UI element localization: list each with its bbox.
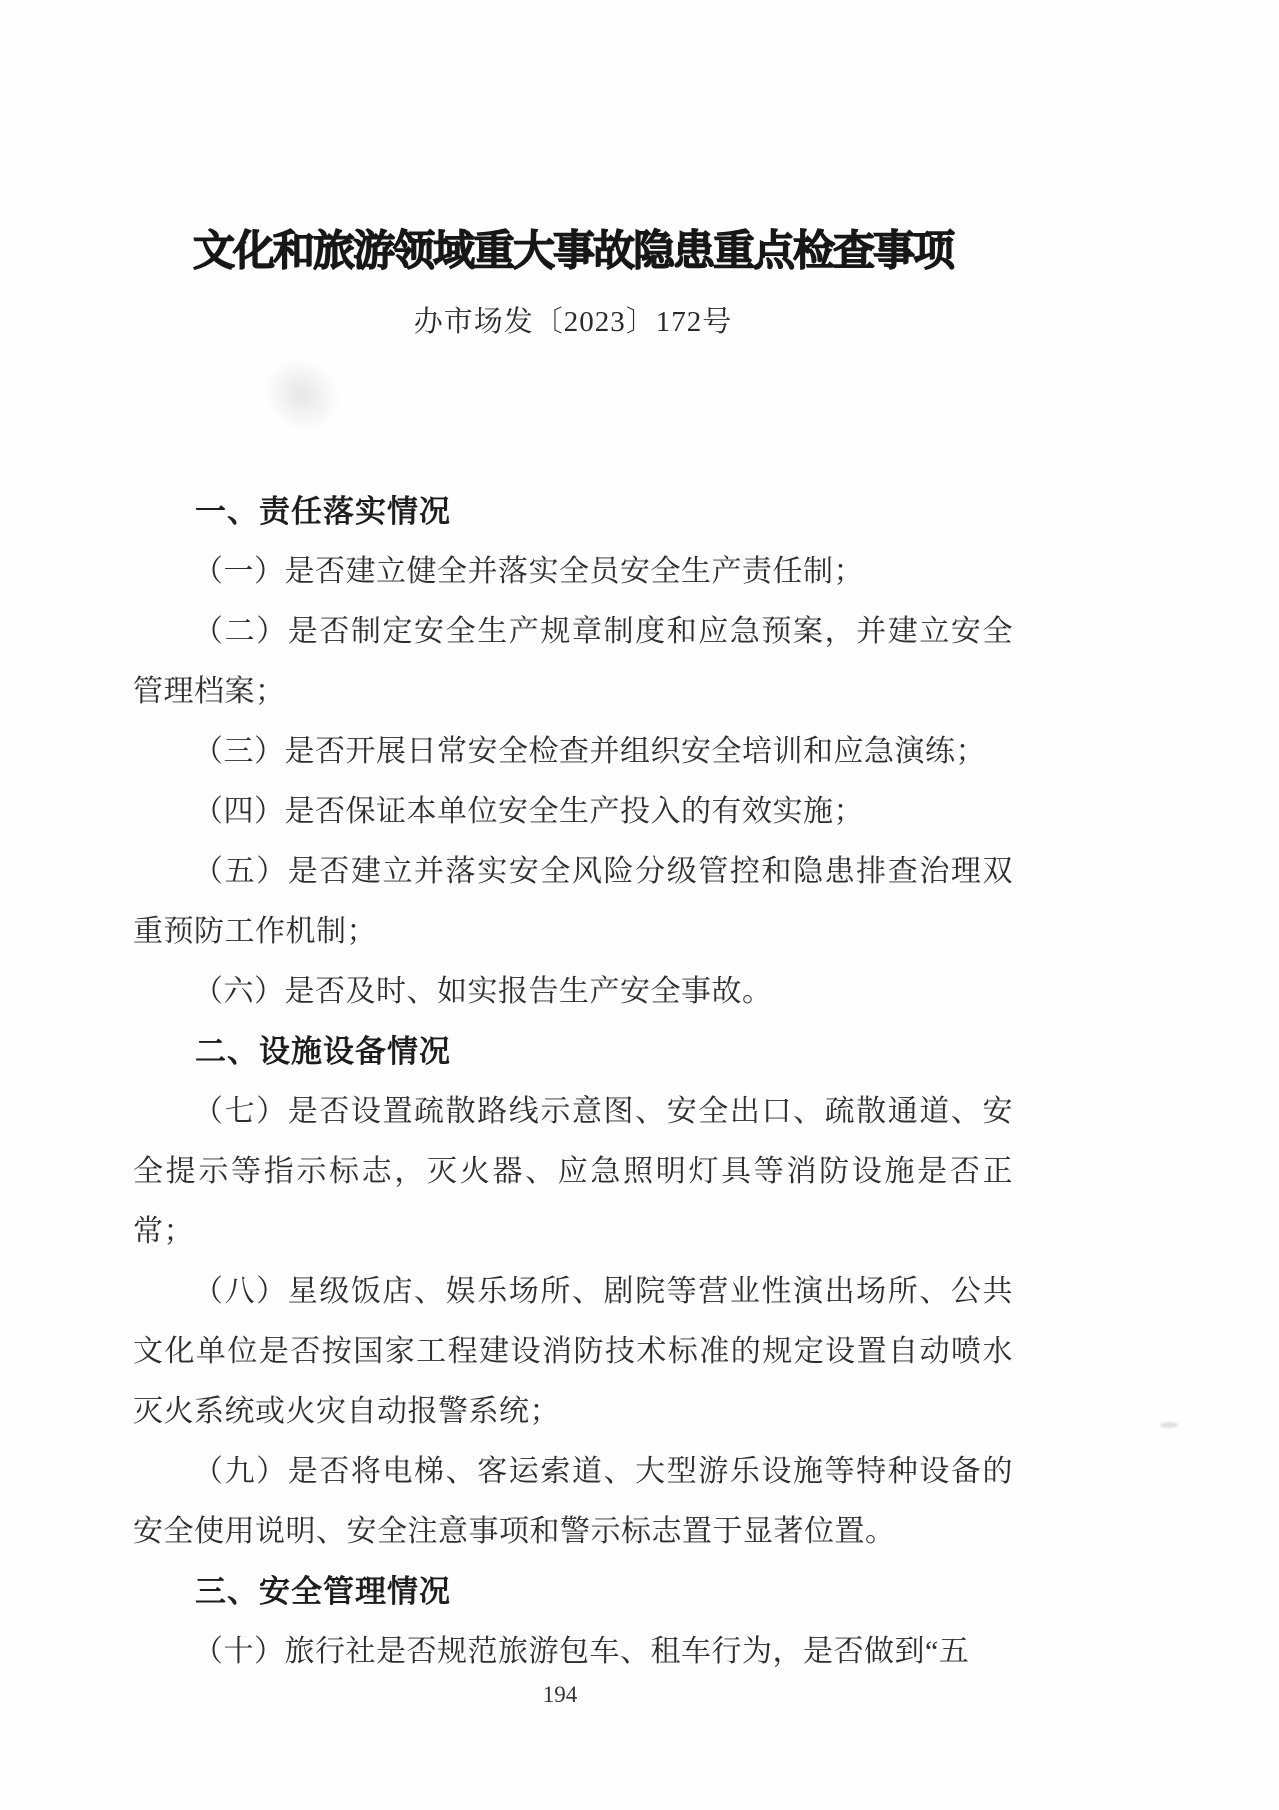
clause-paragraph: （十）旅行社是否规范旅游包车、租车行为，是否做到“五 xyxy=(133,1622,1013,1682)
document-title: 文化和旅游领域重大事故隐患重点检查事项 xyxy=(133,222,1013,280)
document-number: 办市场发〔2023〕172号 xyxy=(133,302,1013,342)
section-safety-management: 三、安全管理情况 （十）旅行社是否规范旅游包车、租车行为，是否做到“五 xyxy=(133,1562,1013,1682)
section-heading: 三、安全管理情况 xyxy=(133,1562,1013,1622)
section-heading: 二、设施设备情况 xyxy=(133,1022,1013,1082)
clause-paragraph: （四）是否保证本单位安全生产投入的有效实施； xyxy=(133,782,1013,842)
document-page: 文化和旅游领域重大事故隐患重点检查事项 办市场发〔2023〕172号 一、责任落… xyxy=(0,0,1279,1810)
clause-paragraph: （二）是否制定安全生产规章制度和应急预案，并建立安全管理档案； xyxy=(133,602,1013,722)
clause-paragraph: （六）是否及时、如实报告生产安全事故。 xyxy=(133,962,1013,1022)
clause-paragraph: （一）是否建立健全并落实全员安全生产责任制； xyxy=(133,542,1013,602)
document-body: 一、责任落实情况 （一）是否建立健全并落实全员安全生产责任制； （二）是否制定安… xyxy=(133,482,1013,1682)
section-responsibility: 一、责任落实情况 （一）是否建立健全并落实全员安全生产责任制； （二）是否制定安… xyxy=(133,482,1013,1022)
section-facilities: 二、设施设备情况 （七）是否设置疏散路线示意图、安全出口、疏散通道、安全提示等指… xyxy=(133,1022,1013,1562)
clause-paragraph: （三）是否开展日常安全检查并组织安全培训和应急演练； xyxy=(133,722,1013,782)
clause-paragraph: （九）是否将电梯、客运索道、大型游乐设施等特种设备的安全使用说明、安全注意事项和… xyxy=(133,1442,1013,1562)
section-heading: 一、责任落实情况 xyxy=(133,482,1013,542)
page-number: 194 xyxy=(0,1682,1120,1708)
clause-paragraph: （八）星级饭店、娱乐场所、剧院等营业性演出场所、公共文化单位是否按国家工程建设消… xyxy=(133,1262,1013,1442)
clause-paragraph: （七）是否设置疏散路线示意图、安全出口、疏散通道、安全提示等指示标志，灭火器、应… xyxy=(133,1082,1013,1262)
scan-artifact xyxy=(1160,1422,1178,1428)
document-content: 文化和旅游领域重大事故隐患重点检查事项 办市场发〔2023〕172号 一、责任落… xyxy=(133,0,1013,1682)
clause-paragraph: （五）是否建立并落实安全风险分级管控和隐患排查治理双重预防工作机制； xyxy=(133,842,1013,962)
